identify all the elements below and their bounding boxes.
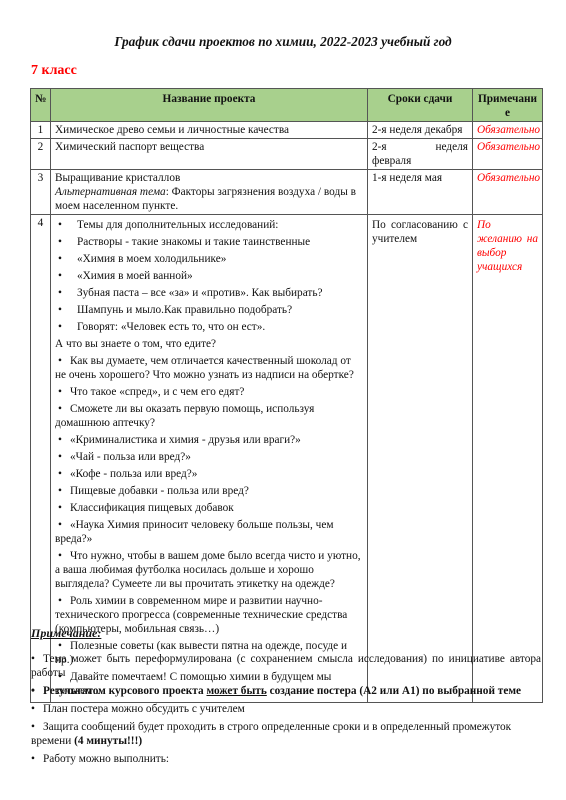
note-item: •Тема может быть переформулирована (с со…: [31, 652, 541, 680]
topic-item: Говорят: «Человек есть то, что он ест».: [55, 320, 363, 334]
notes-title: Примечание:: [31, 626, 541, 640]
notes-section: Примечание: •Тема может быть переформули…: [31, 626, 541, 770]
document-title: График сдачи проектов по химии, 2022-202…: [0, 35, 566, 49]
table-row: 1 Химическое древо семьи и личностные ка…: [31, 122, 543, 139]
row-number: 2: [31, 139, 51, 170]
topic-subheading: А что вы знаете о том, что едите?: [55, 337, 363, 351]
bullet-icon: •: [58, 355, 62, 367]
note-text: создание постера (А2 или А1) по выбранно…: [267, 685, 521, 697]
topic-item: Растворы - такие знакомы и такие таинств…: [55, 235, 363, 249]
table-row: 3 Выращивание кристаллов Альтернативная …: [31, 170, 543, 215]
bullet-icon: •: [31, 653, 35, 665]
table-header-row: № Название проекта Сроки сдачи Примечани…: [31, 89, 543, 122]
note-item: •План постера можно обсудить с учителем: [31, 702, 541, 716]
bullet-icon: •: [58, 403, 62, 415]
deadline: 2-я неделя декабря: [368, 122, 473, 139]
topic-item: •Сможете ли вы оказать первую помощь, ис…: [55, 402, 363, 430]
note-text: План постера можно обсудить с учителем: [43, 703, 245, 715]
topic-item: •«Чай - польза или вред?»: [55, 450, 363, 464]
note-emphasis: (4 минуты!!!): [74, 735, 142, 747]
project-schedule-table: № Название проекта Сроки сдачи Примечани…: [30, 88, 543, 703]
row-number: 1: [31, 122, 51, 139]
project-name: Химический паспорт вещества: [51, 139, 368, 170]
note-text: Тема может быть переформулирована (с сох…: [31, 653, 541, 679]
note-text: Работу можно выполнить:: [43, 753, 169, 765]
topic-item: •Что нужно, чтобы в вашем доме было всег…: [55, 549, 363, 591]
project-name: Выращивание кристаллов Альтернативная те…: [51, 170, 368, 215]
bullet-icon: •: [58, 502, 62, 514]
grade-heading: 7 класс: [31, 64, 77, 78]
bullet-icon: •: [58, 434, 62, 446]
topic-item: «Химия в моей ванной»: [55, 269, 363, 283]
note: Обязательно: [473, 170, 543, 215]
note-emphasis: может быть: [206, 685, 266, 697]
bullet-icon: •: [58, 519, 62, 531]
bullet-icon: •: [58, 451, 62, 463]
project-name: Химическое древо семьи и личностные каче…: [51, 122, 368, 139]
topic-item: Зубная паста – все «за» и «против». Как …: [55, 286, 363, 300]
note-item: •Результатом курсового проекта может быт…: [31, 684, 541, 698]
topic-item: •Что такое «спред», и с чем его едят?: [55, 385, 363, 399]
header-project-name: Название проекта: [51, 89, 368, 122]
bullet-icon: •: [58, 468, 62, 480]
alternative-label: Альтернативная тема: [55, 186, 166, 198]
topic-item: •«Кофе - польза или вред?»: [55, 467, 363, 481]
bullet-icon: •: [58, 485, 62, 497]
topic-item: •«Криминалистика и химия - друзья или вр…: [55, 433, 363, 447]
alternative-topic: Альтернативная тема: Факторы загрязнения…: [55, 185, 363, 213]
bullet-icon: •: [31, 721, 35, 733]
deadline-text: 2-я неделя февраля: [372, 141, 468, 167]
deadline: 2-я неделя февраля: [368, 139, 473, 170]
header-note: Примечание: [473, 89, 543, 122]
project-title: Выращивание кристаллов: [55, 171, 363, 185]
table-row: 2 Химический паспорт вещества 2-я неделя…: [31, 139, 543, 170]
topic-item: •«Наука Химия приносит человеку больше п…: [55, 518, 363, 546]
topic-item: •Пищевые добавки - польза или вред?: [55, 484, 363, 498]
bullet-icon: •: [58, 550, 62, 562]
bullet-icon: •: [31, 685, 35, 697]
header-number: №: [31, 89, 51, 122]
note: Обязательно: [473, 139, 543, 170]
row-number: 3: [31, 170, 51, 215]
topic-list-primary: Темы для дополнительных исследований:Рас…: [55, 218, 363, 334]
note: Обязательно: [473, 122, 543, 139]
header-deadline: Сроки сдачи: [368, 89, 473, 122]
bullet-icon: •: [58, 595, 62, 607]
note-text: Результатом курсового проекта: [43, 685, 207, 697]
bullet-icon: •: [58, 386, 62, 398]
topic-item: «Химия в моем холодильнике»: [55, 252, 363, 266]
topic-item: Шампунь и мыло.Как правильно подобрать?: [55, 303, 363, 317]
note-item: •Защита сообщений будет проходить в стро…: [31, 720, 541, 748]
deadline: 1-я неделя мая: [368, 170, 473, 215]
note-item: •Работу можно выполнить:: [31, 752, 541, 766]
topic-item: Темы для дополнительных исследований:: [55, 218, 363, 232]
bullet-icon: •: [31, 753, 35, 765]
topic-item: •Как вы думаете, чем отличается качестве…: [55, 354, 363, 382]
bullet-icon: •: [31, 703, 35, 715]
topic-item: •Классификация пищевых добавок: [55, 501, 363, 515]
